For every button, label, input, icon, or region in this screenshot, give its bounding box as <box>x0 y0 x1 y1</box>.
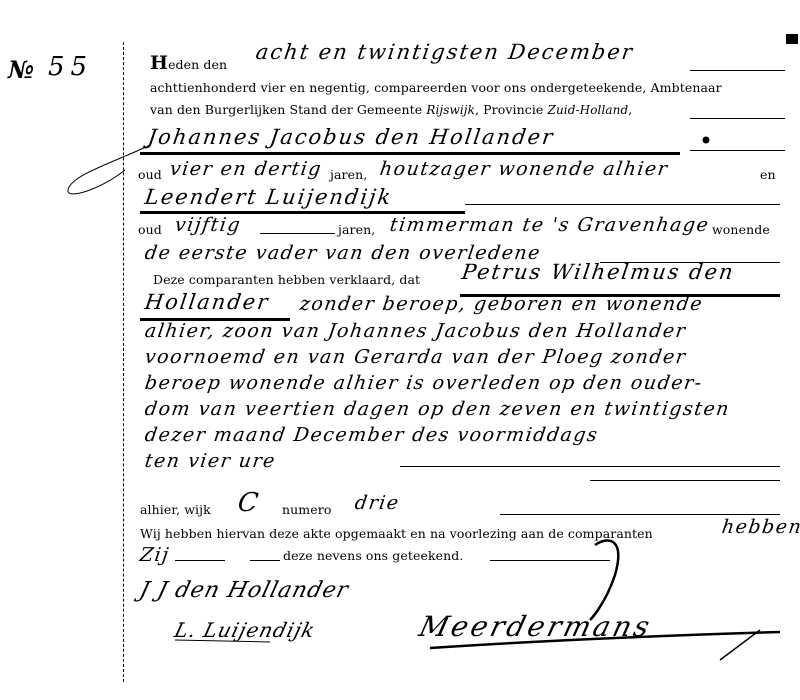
civil-death-record-page: № 55 Heden den acht en twintigsten Decem… <box>0 0 800 700</box>
pen-strokes-overlay <box>0 0 800 700</box>
